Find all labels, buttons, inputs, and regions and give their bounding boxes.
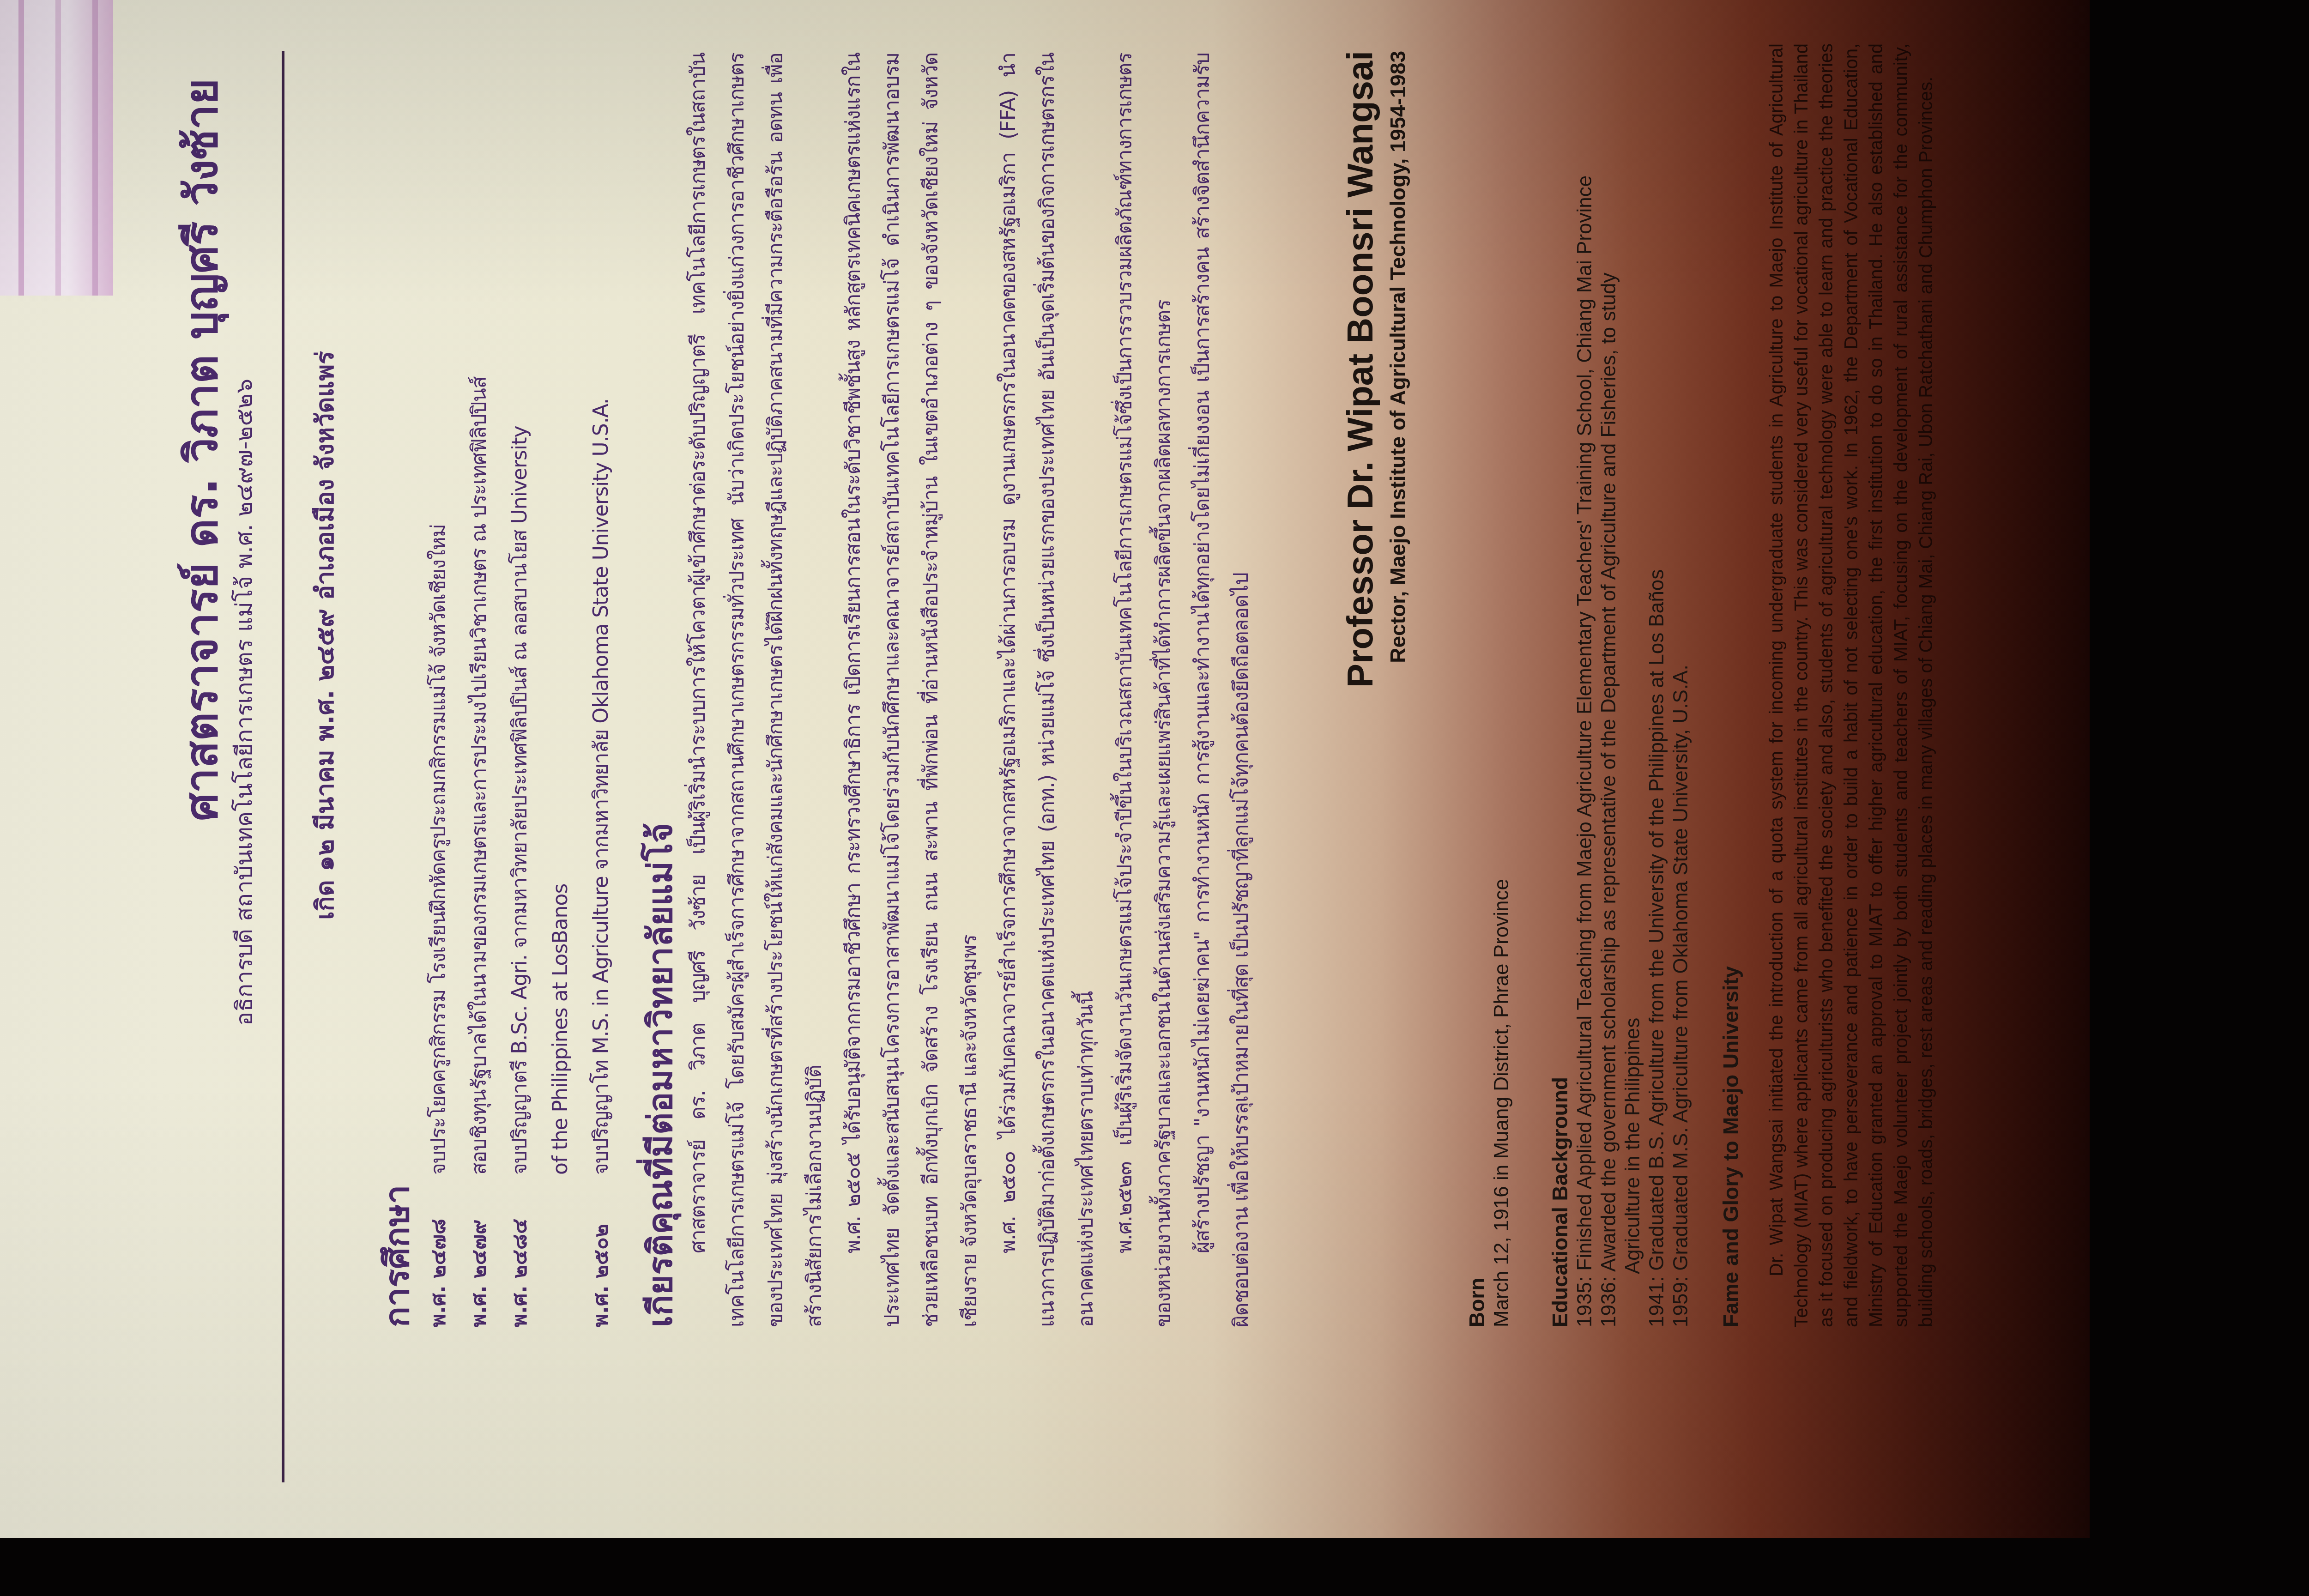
education-year: พ.ศ. ๒๔๗๙ (463, 1175, 495, 1327)
thai-education-heading: การศึกษา (369, 1185, 424, 1327)
thai-subtitle: อธิการบดี สถาบันเทคโนโลยีการเกษตร แม่โจ้… (226, 0, 263, 1538)
education-year: พ.ศ. ๒๔๘๔ (503, 1175, 536, 1327)
english-education-heading: Educational Background (1547, 34, 1573, 1327)
honor-paragraph: พ.ศ. ๒๕๐๕ ได้รับอนุมัติจากกรมอาชีวศึกษา … (834, 53, 989, 1327)
english-fame-heading: Fame and Glory to Maejo University (1718, 34, 1744, 1327)
biography-placard: ศาสตราจารย์ ดร. วิภาต บุญศรี วังซ้าย อธิ… (0, 0, 2090, 1538)
english-education-section: Educational Background 1935: Finished Ap… (1547, 34, 1693, 1327)
english-education-row: 1935: Finished Applied Agricultural Teac… (1573, 34, 1597, 1327)
education-detail: of the Philippines at LosBanos (549, 884, 572, 1175)
thai-birth-line: เกิด ๑๒ มีนาคม พ.ศ. ๒๔๕๙ อำเภอเมือง จังห… (305, 0, 345, 1538)
thai-education-list: พ.ศ. ๒๔๗๘จบประโยคครูกสิกรรม โรงเรียนฝึกห… (418, 43, 621, 1327)
education-detail: จบประโยคครูกสิกรรม โรงเรียนฝึกหัดครูประถ… (422, 524, 454, 1175)
english-education-row: Agriculture in the Philippines (1621, 34, 1645, 1327)
english-role: Rector, Maejo Institute of Agricultural … (1385, 0, 1410, 1538)
thai-honor-body: ศาสตราจารย์ ดร. วิภาต บุญศรี วังซ้าย เป็… (679, 53, 1261, 1327)
english-fame-text: Dr. Wipat Wangsai initiated the introduc… (1764, 43, 1939, 1327)
thai-education-row: of the Philippines at LosBanos (540, 43, 580, 1327)
honor-paragraph: พ.ศ.๒๕๒๓ เป็นผู้ริเริ่มจัดงานวันเกษตรแม่… (1106, 53, 1183, 1327)
english-education-list: 1935: Finished Applied Agricultural Teac… (1573, 34, 1693, 1327)
education-detail: จบปริญญาตรี B.Sc. Agri. จากมหาวิทยาลัยปร… (503, 426, 536, 1175)
english-born-text: March 12, 1916 in Muang District, Phrae … (1490, 34, 1514, 1327)
header-divider (282, 51, 284, 1482)
thai-education-row: พ.ศ. ๒๔๗๙สอบชิงทุนรัฐบาลได้ในนามของกรมเก… (459, 43, 499, 1327)
english-born-heading: Born (1464, 34, 1490, 1327)
english-education-row: 1941: Graduated B.S. Agriculture from th… (1645, 34, 1669, 1327)
thai-education-row: พ.ศ. ๒๔๗๘จบประโยคครูกสิกรรม โรงเรียนฝึกห… (418, 43, 459, 1327)
thai-education-row: พ.ศ. ๒๔๘๔จบปริญญาตรี B.Sc. Agri. จากมหาว… (499, 43, 540, 1327)
thai-education-row: พ.ศ. ๒๕๐๒จบปริญญาโท M.S. in Agriculture … (580, 43, 621, 1327)
english-born-section: Born March 12, 1916 in Muang District, P… (1464, 34, 1514, 1327)
honor-paragraph: ผู้สร้างปรัชญา "งานหนักไม่เคยฆ่าคน" การท… (1183, 53, 1261, 1327)
english-education-row: 1959: Graduated M.S. Agriculture from Ok… (1669, 34, 1693, 1327)
honor-paragraph: ศาสตราจารย์ ดร. วิภาต บุญศรี วังซ้าย เป็… (679, 53, 834, 1327)
thai-title-text: ศาสตราจารย์ ดร. วิภาต บุญศรี วังซ้าย (175, 79, 227, 821)
education-year: พ.ศ. ๒๔๗๘ (422, 1175, 454, 1327)
portrait-photo-edge (0, 0, 113, 296)
honor-paragraph: พ.ศ. ๒๕๐๐ ได้ร่วมกับคณาจารย์สำเร็จการศึก… (989, 53, 1106, 1327)
english-education-row: 1936: Awarded the government scholarship… (1597, 34, 1621, 1327)
english-name: Professor Dr. Wipat Boonsri Wangsai (1339, 0, 1381, 1538)
education-detail: สอบชิงทุนรัฐบาลได้ในนามของกรมเกษตรและการ… (463, 376, 495, 1175)
education-detail: จบปริญญาโท M.S. in Agriculture จากมหาวิท… (585, 399, 617, 1175)
english-fame-section: Fame and Glory to Maejo University (1718, 34, 1744, 1327)
education-year: พ.ศ. ๒๕๐๒ (585, 1175, 617, 1327)
